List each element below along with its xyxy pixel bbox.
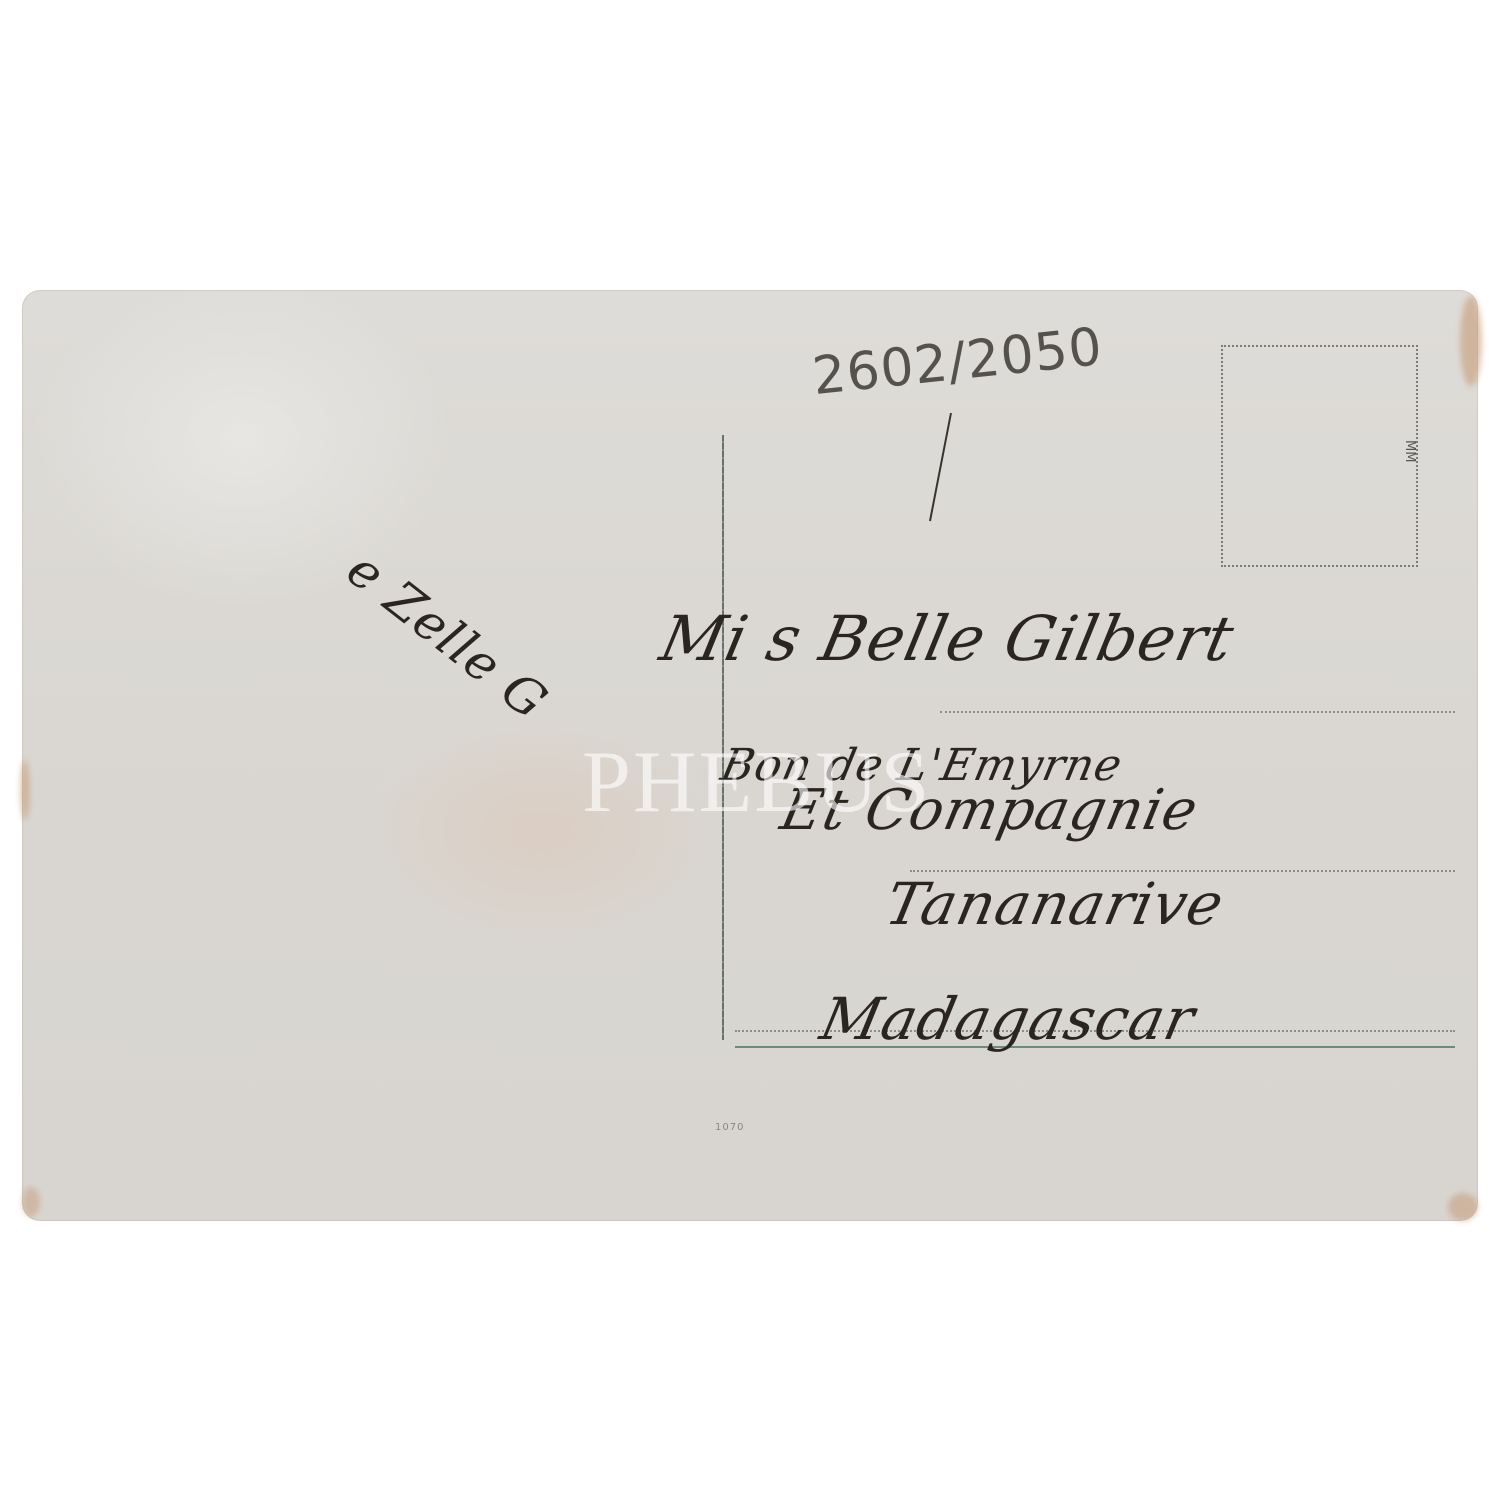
sender-note: e Zelle G <box>336 540 558 731</box>
edge-stain <box>20 760 30 820</box>
corner-stain <box>22 1187 40 1217</box>
address-line-rule <box>940 711 1455 713</box>
pen-stroke <box>929 413 952 521</box>
address-city: Tananarive <box>880 870 1230 938</box>
address-recipient: Mi s Belle Gilbert <box>654 602 1241 675</box>
corner-stain <box>1448 1193 1478 1221</box>
print-code: 1070 <box>715 1122 744 1133</box>
pencil-inventory-note: 2602/2050 <box>810 317 1106 407</box>
corner-stain <box>1460 296 1482 386</box>
stamp-box <box>1221 345 1418 567</box>
postcard: 2602/2050 MM e Zelle G Mi s Belle Gilber… <box>22 290 1478 1221</box>
watermark: PHEBUS <box>582 732 931 833</box>
stamp-box-mark: MM <box>1402 440 1417 462</box>
address-country: Madagascar <box>815 985 1201 1053</box>
